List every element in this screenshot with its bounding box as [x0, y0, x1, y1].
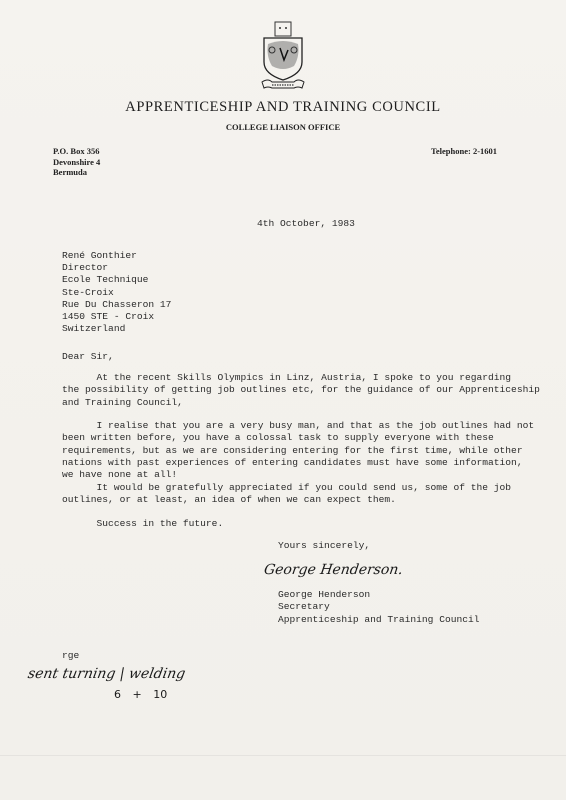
- letter-page: APPRENTICESHIP AND TRAINING COUNCIL COLL…: [0, 0, 566, 800]
- signature-block: George Henderson Secretary Apprenticeshi…: [278, 589, 480, 626]
- telephone: Telephone: 2-1601: [431, 146, 497, 156]
- body-paragraph: I realise that you are a very busy man, …: [62, 420, 542, 481]
- closing: Yours sincerely,: [278, 540, 370, 551]
- handwritten-signature: George Henderson.: [263, 562, 404, 578]
- body-paragraph: Success in the future.: [62, 518, 542, 530]
- recipient-line: Ste-Croix: [62, 287, 171, 299]
- signer-organization: Apprenticeship and Training Council: [278, 614, 480, 626]
- recipient-address: René Gonthier Director Ecole Technique S…: [62, 250, 171, 335]
- reference-initials: rge: [62, 650, 79, 661]
- salutation: Dear Sir,: [62, 351, 114, 362]
- handwritten-note-numbers: 6 + 10: [114, 688, 167, 701]
- address-line: Bermuda: [53, 167, 100, 178]
- body-paragraph: At the recent Skills Olympics in Linz, A…: [62, 372, 542, 409]
- organization-name: APPRENTICESHIP AND TRAINING COUNCIL: [0, 99, 566, 116]
- recipient-line: Director: [62, 262, 171, 274]
- recipient-line: Switzerland: [62, 323, 171, 335]
- letter-date: 4th October, 1983: [257, 218, 355, 229]
- recipient-line: René Gonthier: [62, 250, 171, 262]
- signer-name: George Henderson: [278, 589, 480, 601]
- body-paragraph: It would be gratefully appreciated if yo…: [62, 482, 542, 507]
- recipient-line: Rue Du Chasseron 17: [62, 299, 171, 311]
- signer-title: Secretary: [278, 601, 480, 613]
- coat-of-arms-icon: [258, 20, 308, 92]
- address-line: Devonshire 4: [53, 157, 100, 168]
- handwritten-note: sent turning | welding: [27, 666, 187, 682]
- paper-fold-line: [0, 755, 566, 756]
- recipient-line: Ecole Technique: [62, 274, 171, 286]
- address-line: P.O. Box 356: [53, 146, 100, 157]
- sender-address: P.O. Box 356 Devonshire 4 Bermuda: [53, 146, 100, 178]
- recipient-line: 1450 STE - Croix: [62, 311, 171, 323]
- office-name: COLLEGE LIAISON OFFICE: [0, 122, 566, 132]
